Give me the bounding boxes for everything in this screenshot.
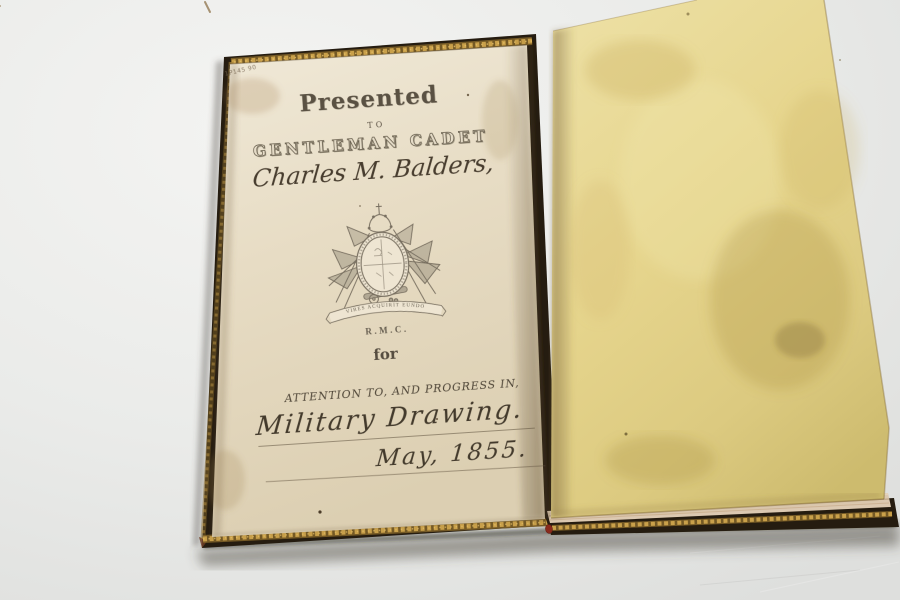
crown-icon: [367, 203, 393, 233]
photo-of-open-book: 1P145 90 Presented TO GENTLEMAN CADET Ch…: [0, 0, 900, 600]
presentation-plate: 1P145 90 Presented TO GENTLEMAN CADET Ch…: [230, 44, 559, 541]
for-label: for: [236, 335, 535, 373]
crest-initials-text: R.M.C.: [365, 324, 409, 337]
rmc-crest-icon: VIRES ACQUIRIT EUNDO R.M.C.: [312, 198, 456, 342]
motto-ribbon: [325, 298, 446, 324]
